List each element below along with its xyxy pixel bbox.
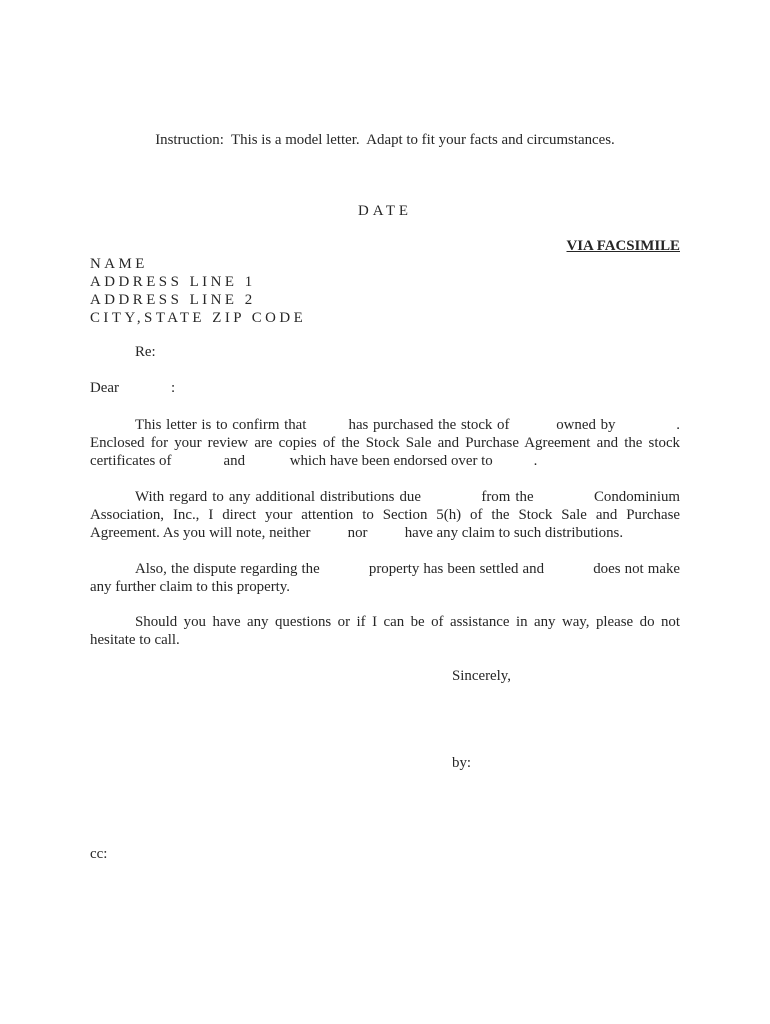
cc-line: cc: [90,845,680,863]
signature-by-line: by: [452,754,471,772]
re-subject-label: Re: [90,343,680,361]
instruction-note: Instruction: This is a model letter. Ada… [90,131,680,149]
recipient-address-block: NAME ADDRESS LINE 1 ADDRESS LINE 2 CITY,… [90,255,680,327]
salutation-line: Dear : [90,379,680,397]
recipient-address-line-1: ADDRESS LINE 1 [90,273,680,291]
date-placeholder: DATE [90,202,680,220]
recipient-address-line-2: ADDRESS LINE 2 [90,291,680,309]
body-paragraph-4: Should you have any questions or if I ca… [90,613,680,649]
closing-sincerely: Sincerely, [452,667,511,685]
letter-document: Instruction: This is a model letter. Ada… [0,0,770,1024]
recipient-name-line: NAME [90,255,680,273]
recipient-city-state-zip-line: CITY,STATE ZIP CODE [90,309,680,327]
body-paragraph-1: This letter is to confirm that has purch… [90,416,680,470]
body-paragraph-3: Also, the dispute regarding the property… [90,560,680,596]
delivery-method-label: VIA FACSIMILE [567,238,681,254]
body-paragraph-2: With regard to any additional distributi… [90,488,680,542]
